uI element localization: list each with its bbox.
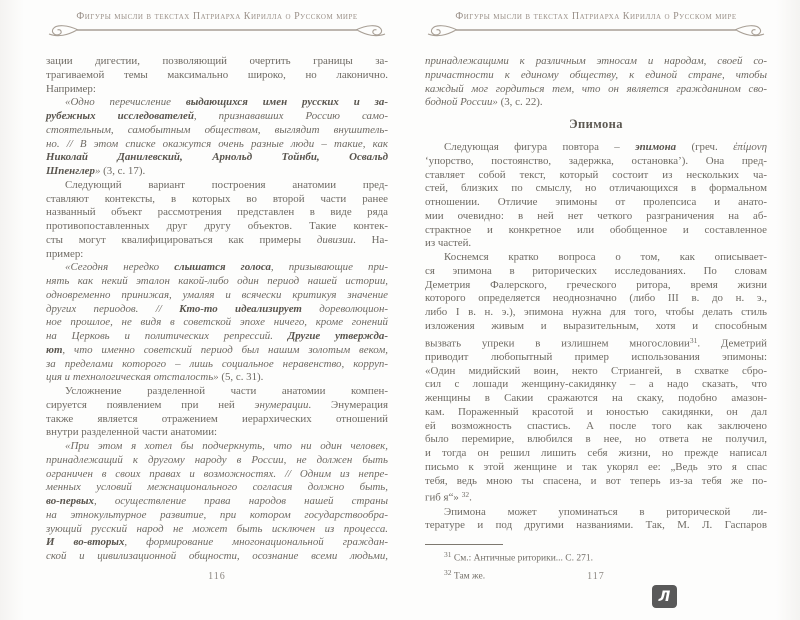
text-line: письмо к этой женщине и так укорял ее: „… [425, 461, 767, 475]
text-line: вызвать упреки в излишнем многословии31.… [425, 334, 767, 351]
text-line: Следующая фигура повтора – эпимона (греч… [425, 141, 767, 155]
text-line: ставляют контексты, в которых во второй … [46, 193, 388, 207]
text-line: тебя, ведь мною ты спасена, и вот теперь… [425, 475, 767, 489]
text-line: трагиваемой темы максимально широко, но … [46, 69, 388, 83]
text-line: ‘упорство, постоянство, задержка, остано… [425, 155, 767, 169]
text-line: приводит любопытный пример использования… [425, 351, 767, 365]
text-line: Коснемся кратко вопроса о том, как описы… [425, 251, 767, 265]
section-heading: Эпимона [425, 117, 767, 132]
page-body-text: принадлежащими к различным этносам и нар… [425, 55, 767, 583]
text-line: названный объект рассмотрения представле… [46, 206, 388, 220]
text-line: женщины в Сакии сражаются на скаку, подо… [425, 392, 767, 406]
text-line: но. // В этом списке окажутся очень разн… [46, 138, 388, 152]
text-line: тературе и под другими названиями. Так, … [425, 519, 767, 533]
text-line: сируется появлением при ней энумерации. … [46, 399, 388, 413]
text-line: за пределами которого – лишь социальное … [46, 358, 388, 372]
text-line: кам. Пораженный красотой и юностью сакид… [425, 406, 767, 420]
text-line: ставляет собой текст, который состоит из… [425, 169, 767, 183]
text-line: «Одно перечисление выдающихся имен русск… [46, 96, 388, 110]
text-line: зации дигестии, позволяющий очертить гра… [46, 55, 388, 69]
text-line: бодной России» (3, с. 22). [425, 96, 767, 110]
text-line: также является отражением иерархических … [46, 413, 388, 427]
text-line: из частей. [425, 237, 767, 251]
book-page-right: Фигуры мысли в текстах Патриарха Кирилла… [425, 0, 767, 620]
page-body-text: зации дигестии, позволяющий очертить гра… [46, 55, 388, 564]
text-line: «При этом я хотел бы подчеркнуть, что ни… [46, 440, 388, 454]
text-line: страктное и конкретное или обобщенное и … [425, 224, 767, 238]
text-line: других периодов. // Кто-то идеализирует … [46, 303, 388, 317]
text-line: гиб я“» 32. [425, 488, 767, 505]
text-line: ное прошлое, не видя в советской эпохе н… [46, 316, 388, 330]
text-line: одновременно принижая, умаляя и всячески… [46, 289, 388, 303]
text-line: «Один мидийский воин, некто Стриангей, в… [425, 365, 767, 379]
header-flourish-ornament [425, 23, 767, 39]
text-line: ся эпимона в риторических исследованиях.… [425, 265, 767, 279]
text-line: Эпимона может упоминаться в риторической… [425, 506, 767, 520]
text-line: Следующий вариант построения анатомии пр… [46, 179, 388, 193]
text-line: пример: [46, 248, 388, 262]
text-line: ской и цивилизационной общности, осознан… [46, 550, 388, 564]
text-line: каждый мог гордиться тем, что он являетс… [425, 83, 767, 97]
text-line: Деметрия Фалерского, греческого ритора, … [425, 279, 767, 293]
text-line: сил с лошади женщину-сакидянку – а надо … [425, 378, 767, 392]
text-line: принадлежащими к различным этносам и нар… [425, 55, 767, 69]
text-line: мии очевидно: в ней нет четкого разграни… [425, 210, 767, 224]
text-line: изложения живым и выразительным, хотя и … [425, 320, 767, 334]
text-line: Усложнение разделенной части анатомии ко… [46, 385, 388, 399]
page-number: 117 [425, 571, 767, 582]
text-line: на этнокультурное развитие, при котором … [46, 509, 388, 523]
text-line: ция и технологическая отсталость» (5, с.… [46, 371, 388, 385]
text-line: И во-вторых, формирование многонациональ… [46, 536, 388, 550]
text-line: нять как некий эталон какой-либо один пе… [46, 275, 388, 289]
text-line: отношении. Отличие эпимоны от пролепсиса… [425, 196, 767, 210]
text-line: Например: [46, 83, 388, 97]
running-header: Фигуры мысли в текстах Патриарха Кирилла… [46, 11, 388, 22]
labirint-logo: Л [652, 585, 677, 608]
text-line: стей, близких по смыслу, но отличающихся… [425, 182, 767, 196]
running-header: Фигуры мысли в текстах Патриарха Кирилла… [425, 11, 767, 22]
book-page-left: Фигуры мысли в текстах Патриарха Кирилла… [46, 0, 388, 620]
header-flourish-ornament [46, 23, 388, 39]
text-line: стоятельным, самобытным обществом, выгля… [46, 124, 388, 138]
text-line: и тогда он решил лишить себя жизни, но п… [425, 447, 767, 461]
text-line: принадлежащий к другому народу в России,… [46, 454, 388, 468]
text-line: ограничен в своих правах и возможностях.… [46, 468, 388, 482]
text-line: было перемирие, влюбился в нее, но ответ… [425, 433, 767, 447]
text-line: на Церковь и политических репрессий. Дру… [46, 330, 388, 344]
footnote: 31 См.: Античные риторики... С. 271. [425, 548, 767, 566]
text-line: ют, что именно советский период был наши… [46, 344, 388, 358]
text-line: либо I в. н. э.), эпимона нужна для того… [425, 306, 767, 320]
text-line: противопоставленных друг другу объектов.… [46, 220, 388, 234]
text-line: «Сегодня нередко слышатся голоса, призыв… [46, 261, 388, 275]
text-line: которого определяется неоднозначно (либо… [425, 292, 767, 306]
text-line: ей возможность спастись. А после того ка… [425, 420, 767, 434]
text-line: рубежных исследователей, признававших Ро… [46, 110, 388, 124]
text-line: сты могут квалифицироваться как примеры … [46, 234, 388, 248]
text-line: Николай Данилевский, Арнольд Тойнби, Осв… [46, 151, 388, 165]
text-line: причастности к единому обществу, к едино… [425, 69, 767, 83]
footnote-rule [425, 544, 503, 545]
page-number: 116 [46, 571, 388, 582]
text-line: Шпенглер» (3, с. 17). [46, 165, 388, 179]
text-line: внутри разделенной части анатомии: [46, 426, 388, 440]
text-line: менных условий межнационального согласия… [46, 481, 388, 495]
text-line: зующий русский народ не может быть исклю… [46, 523, 388, 537]
text-line: во-первых, осуществление права народов н… [46, 495, 388, 509]
